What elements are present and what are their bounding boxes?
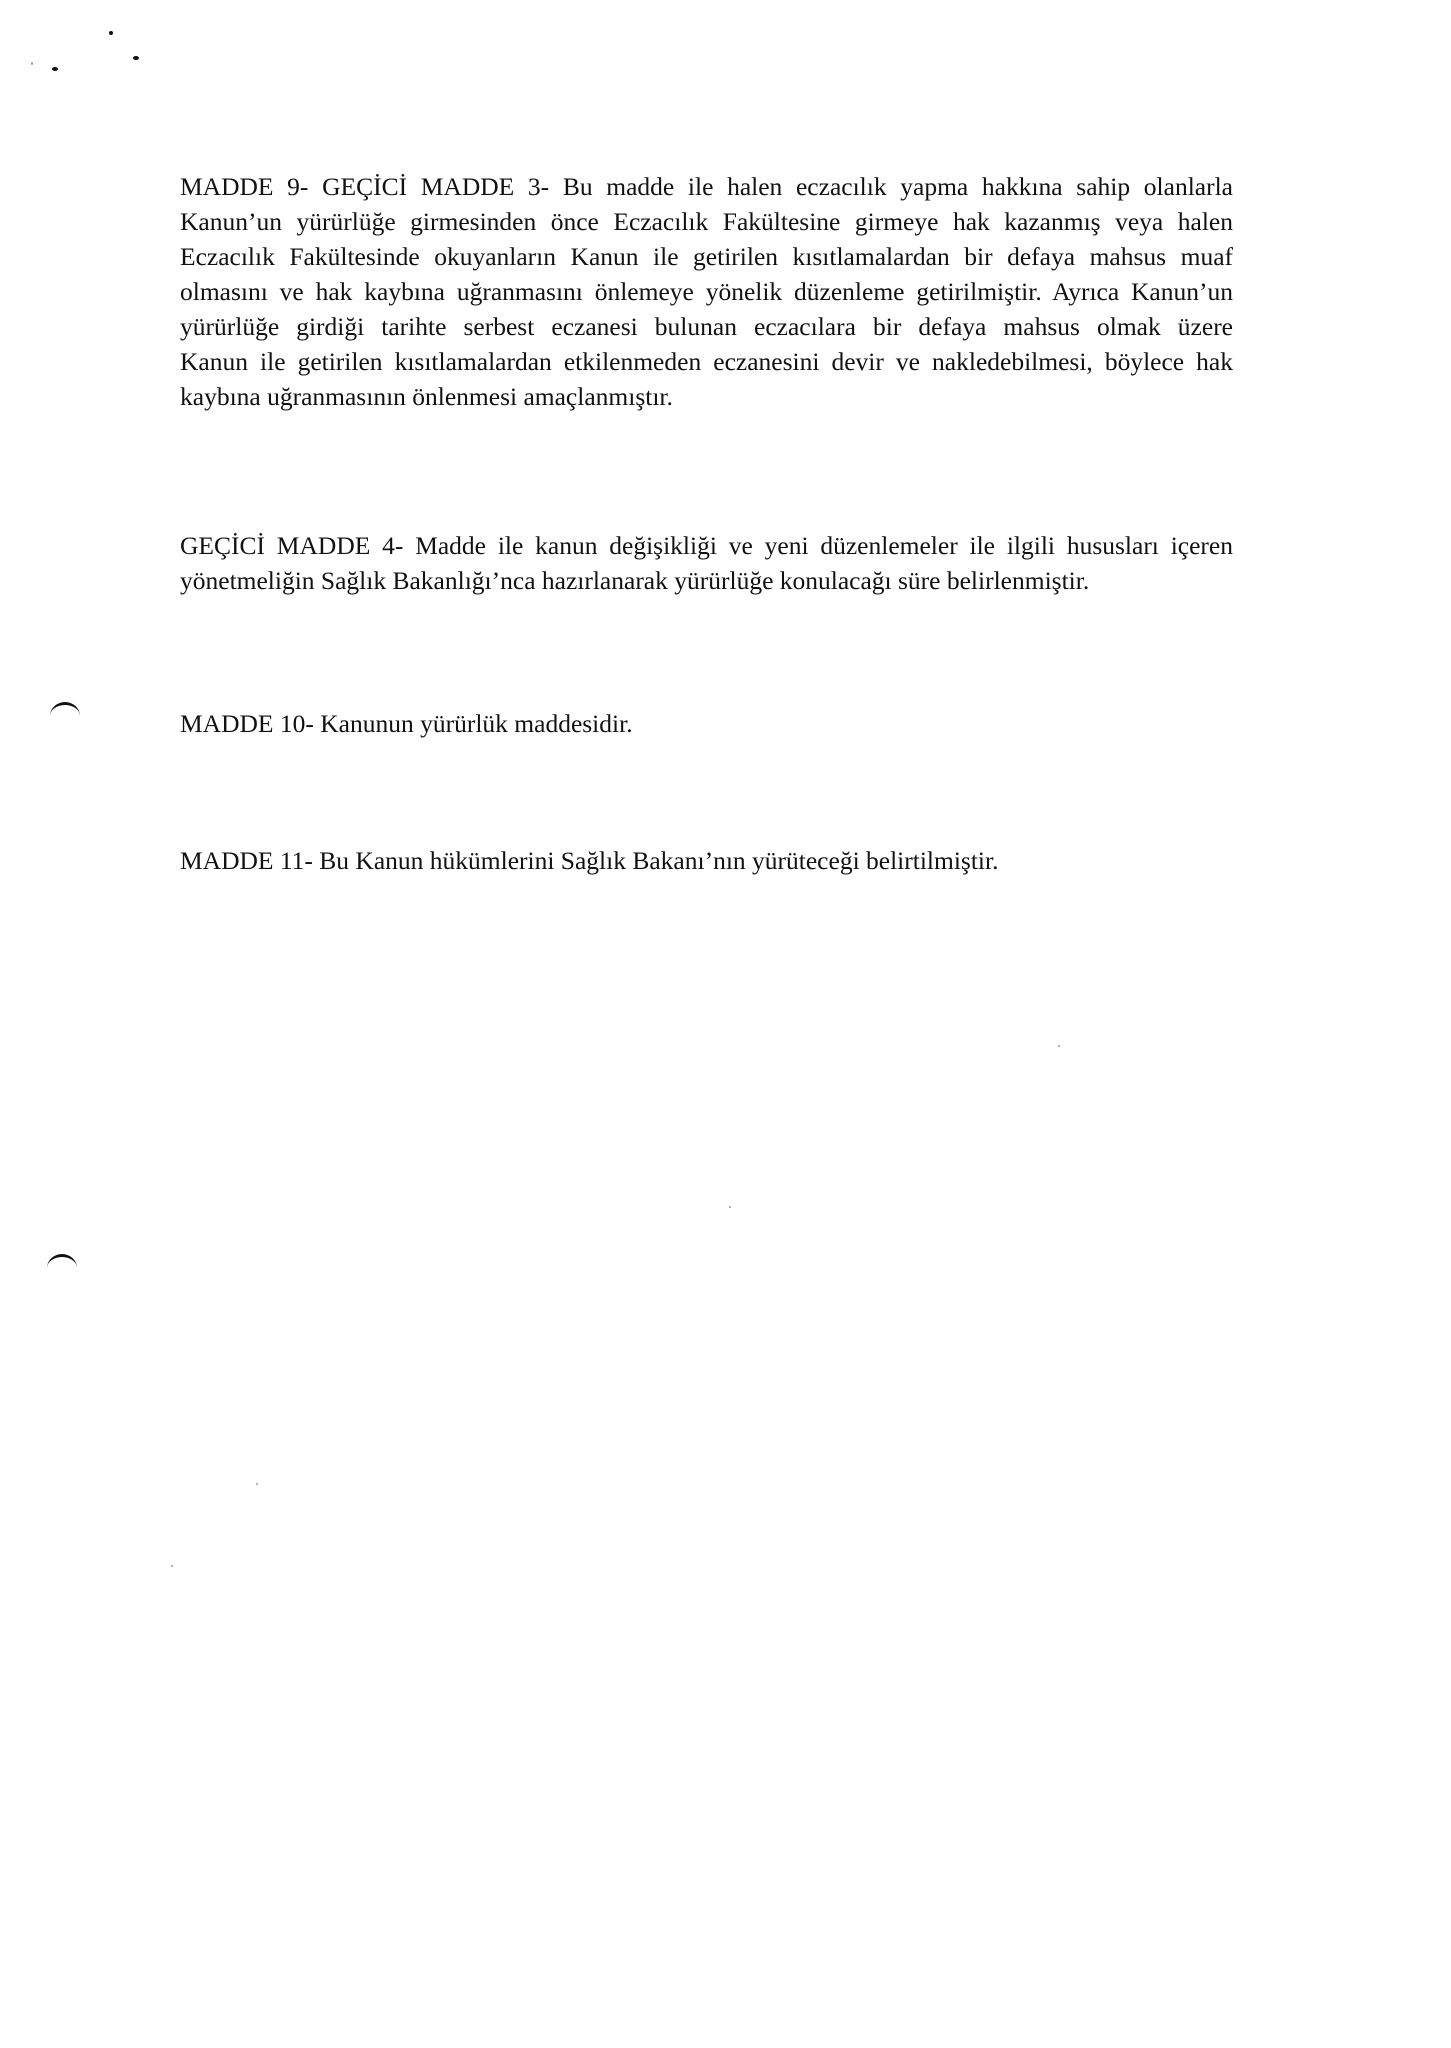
text-line: Kanun’un yürürlüğe girmesinden önce Ecza…	[180, 204, 1233, 239]
text-line: Kanun ile getirilen kısıtlamalardan etki…	[180, 344, 1233, 379]
text-line: Eczacılık Fakültesinde okuyanların Kanun…	[180, 239, 1233, 274]
scan-arc-mark	[47, 1254, 77, 1268]
text-line: MADDE 10- Kanunun yürürlük maddesidir.	[180, 706, 1233, 741]
scan-speck	[31, 62, 33, 65]
text-line: kaybına uğranmasının önlenmesi amaçlanmı…	[180, 379, 1233, 414]
paragraph-madde-11: MADDE 11- Bu Kanun hükümlerini Sağlık Ba…	[180, 843, 1233, 878]
scan-arc-mark	[50, 702, 80, 716]
paragraph-madde-9: MADDE 9- GEÇİCİ MADDE 3- Bu madde ile ha…	[180, 169, 1233, 414]
document-page: MADDE 9- GEÇİCİ MADDE 3- Bu madde ile ha…	[0, 0, 1451, 2048]
scan-speck	[133, 56, 139, 60]
paragraph-gecici-madde-4: GEÇİCİ MADDE 4- Madde ile kanun değişikl…	[180, 528, 1233, 598]
text-line: yürürlüğe girdiği tarihte serbest eczane…	[180, 309, 1233, 344]
scan-speck	[256, 1483, 258, 1485]
scan-speck	[729, 1206, 731, 1208]
scan-speck	[1058, 1045, 1060, 1047]
scan-speck	[52, 67, 58, 71]
text-line: MADDE 9- GEÇİCİ MADDE 3- Bu madde ile ha…	[180, 169, 1233, 204]
scan-speck	[109, 31, 113, 35]
paragraph-madde-10: MADDE 10- Kanunun yürürlük maddesidir.	[180, 706, 1233, 741]
scan-speck	[171, 1565, 173, 1567]
text-line: olmasını ve hak kaybına uğranmasını önle…	[180, 274, 1233, 309]
text-line: MADDE 11- Bu Kanun hükümlerini Sağlık Ba…	[180, 843, 1233, 878]
text-line: GEÇİCİ MADDE 4- Madde ile kanun değişikl…	[180, 528, 1233, 563]
text-line: yönetmeliğin Sağlık Bakanlığı’nca hazırl…	[180, 563, 1233, 598]
